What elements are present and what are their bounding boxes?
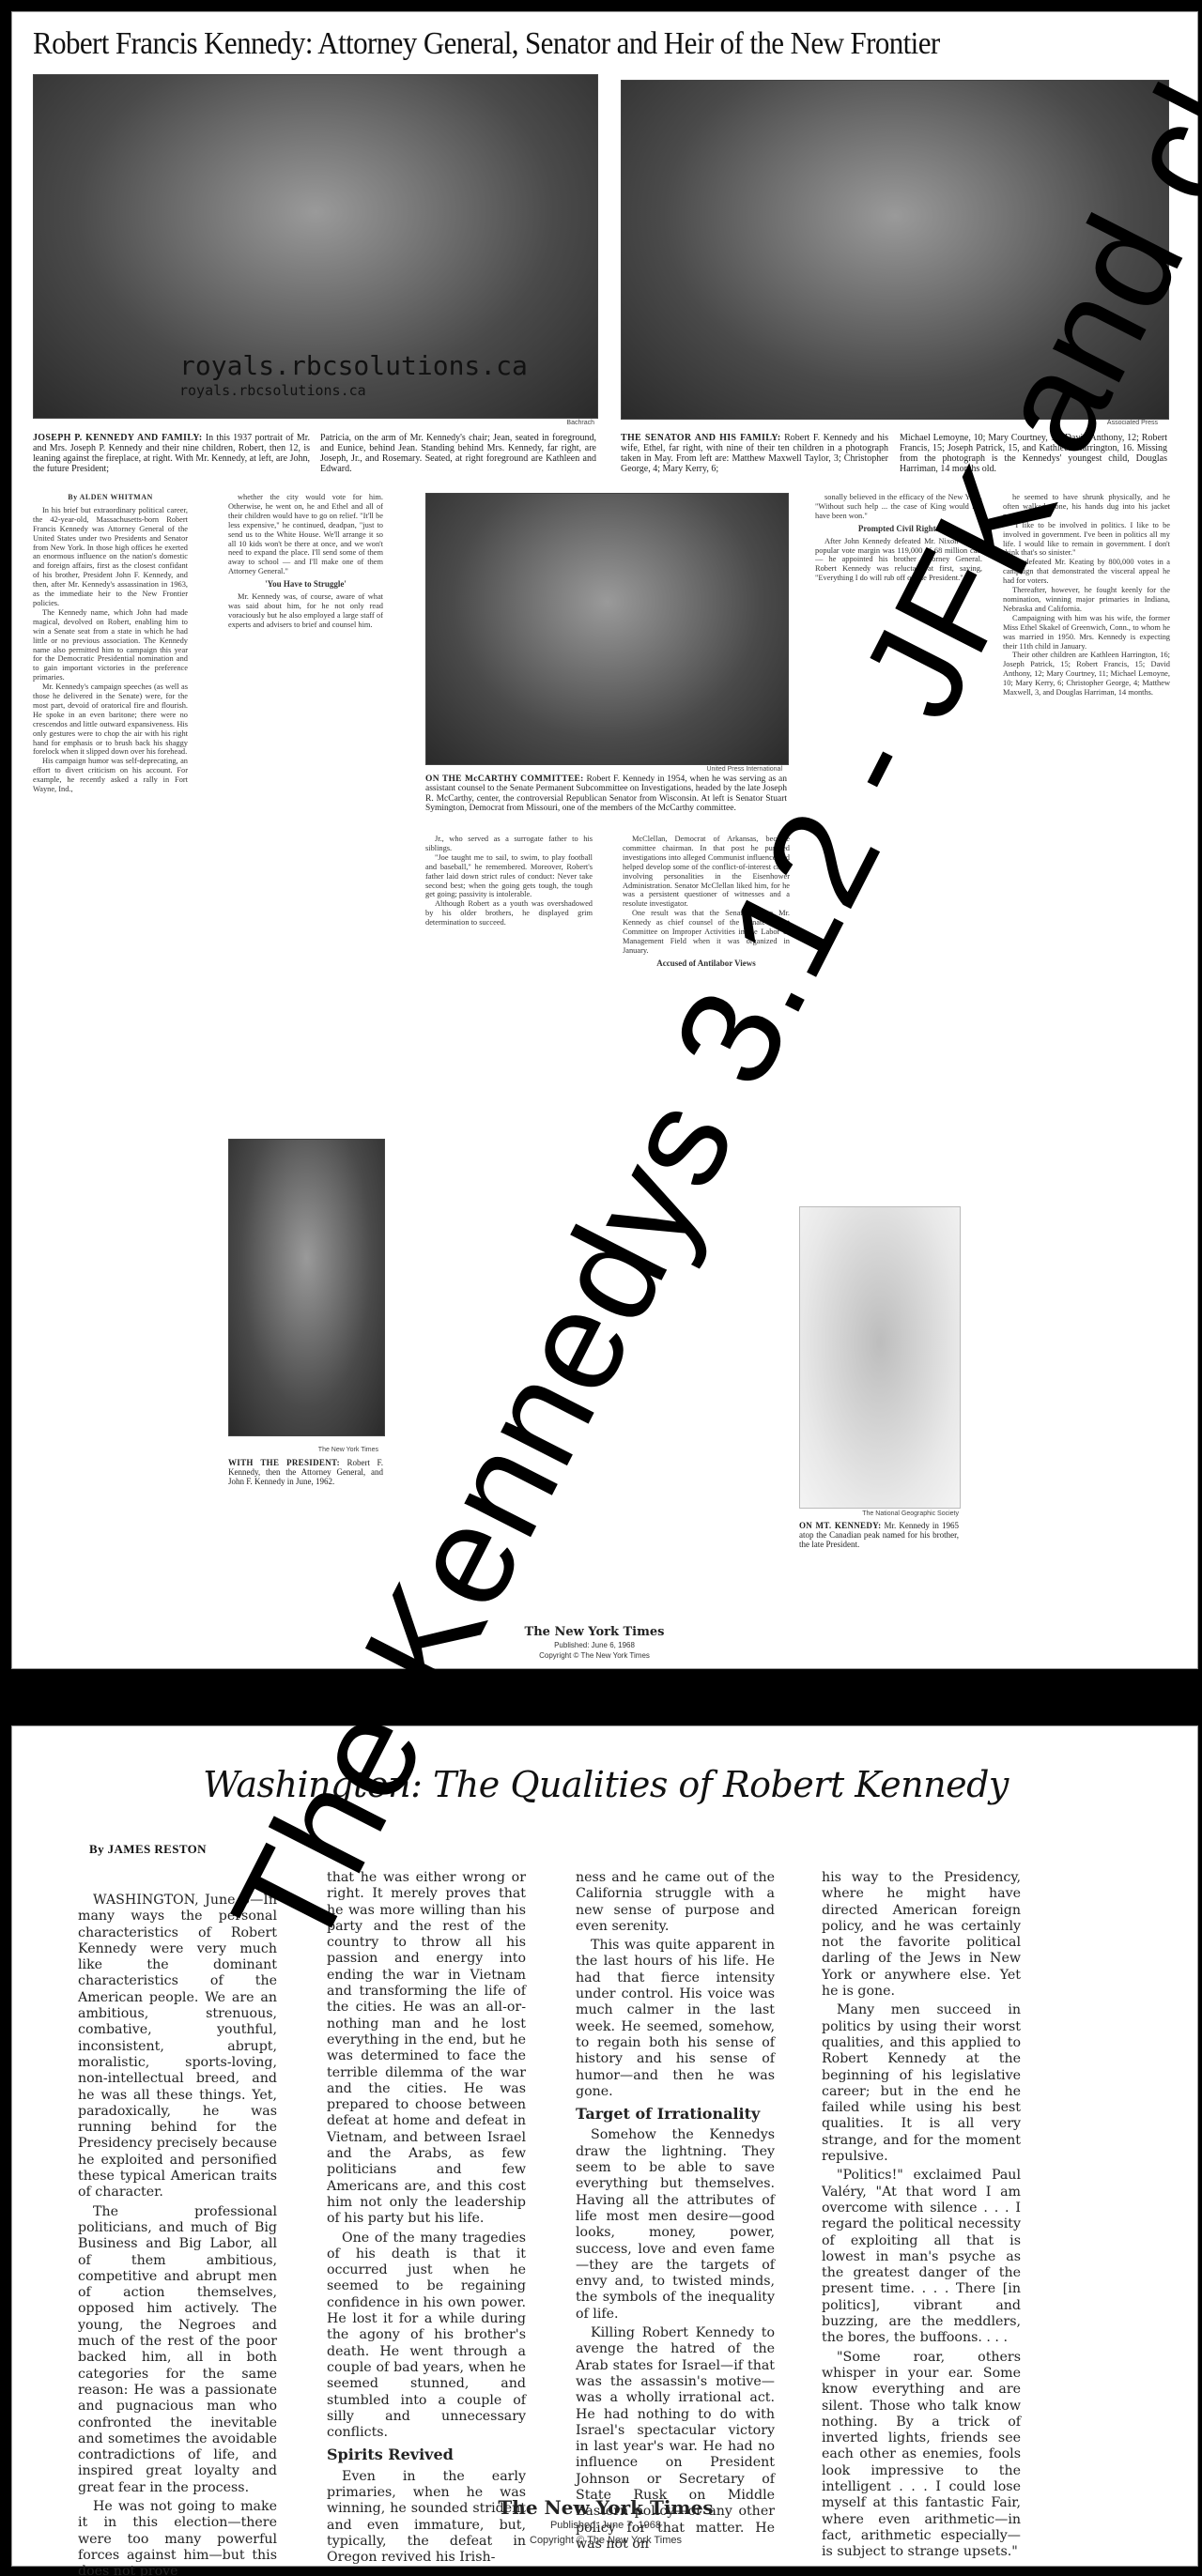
paragraph: "Some roar, others whisper in your ear. … — [822, 2350, 1021, 2561]
byline: By ALDEN WHITMAN — [33, 493, 188, 502]
paragraph: Their other children are Kathleen Harrin… — [1003, 651, 1170, 698]
article-column-2: whether the city would vote for him. Oth… — [228, 493, 383, 1019]
photo-mt-kennedy — [799, 1206, 961, 1509]
subheading: 'You Have to Struggle' — [228, 580, 383, 590]
caption-lead: THE SENATOR AND HIS FAMILY: — [621, 433, 781, 443]
nyt-masthead-logo: The New York Times — [465, 2496, 747, 2519]
paragraph: The Kennedy name, which John had made ma… — [33, 608, 188, 682]
paragraph: "I like to be involved in politics. I li… — [1003, 521, 1170, 559]
photo-with-president — [228, 1139, 385, 1436]
article-column-5: sonally believed in the efficacy of the … — [815, 493, 982, 1019]
nyt-masthead-logo: The New York Times — [501, 1625, 688, 1639]
bottom-clipping-panel: Washington: The Qualities of Robert Kenn… — [11, 1725, 1198, 2567]
photo-credit: Associated Press — [1055, 420, 1158, 426]
byline: By JAMES RESTON — [89, 1842, 207, 1857]
photo-caption: Patricia, on the arm of Mr. Kennedy's ch… — [320, 433, 596, 474]
top-clipping-panel: Robert Francis Kennedy: Attorney General… — [11, 11, 1198, 1669]
paragraph: ness and he came out of the California s… — [576, 1870, 775, 1935]
paragraph: that he was either wrong or right. It me… — [327, 1870, 526, 2228]
paragraph: After John Kennedy defeated Mr. Nixon — … — [815, 537, 982, 584]
article-column-1: By ALDEN WHITMAN In his brief but extrao… — [33, 493, 188, 1631]
paragraph: "Joe taught me to sail, to swim, to play… — [425, 853, 593, 900]
photo-credit: United Press International — [670, 766, 782, 773]
paragraph: His campaign humor was self-deprecating,… — [33, 757, 188, 794]
published-date: Published: June 7, 1968 — [465, 2520, 747, 2531]
photo-caption: JOSEPH P. KENNEDY AND FAMILY: In this 19… — [33, 433, 310, 474]
paragraph: Many men succeed in politics by using th… — [822, 2002, 1021, 2165]
top-headline: Robert Francis Kennedy: Attorney General… — [33, 25, 1179, 62]
paragraph: He was not going to make it in this elec… — [78, 2499, 277, 2576]
photo-caption: ON MT. KENNEDY: Mr. Kennedy in 1965 atop… — [799, 1521, 959, 1549]
bottom-headline: Washington: The Qualities of Robert Kenn… — [12, 1764, 1199, 1805]
paragraph: Although Robert as a youth was overshado… — [425, 899, 593, 928]
subheading: Accused of Antilabor Views — [623, 959, 790, 969]
paragraph: This was quite apparent in the last hour… — [576, 1938, 775, 2100]
photo-credit: Bachrach — [501, 420, 594, 426]
paragraph: WASHINGTON, June 6—In many ways the pers… — [78, 1893, 277, 2201]
article-column-4: McClellan, Democrat of Arkansas, became … — [623, 835, 790, 1633]
paragraph: McClellan, Democrat of Arkansas, became … — [623, 835, 790, 909]
paragraph: "Politics!" exclaimed Paul Valéry, "At t… — [822, 2168, 1021, 2346]
paragraph: He defeated Mr. Keating by 800,000 votes… — [1003, 558, 1170, 586]
caption-lead: WITH THE PRESIDENT: — [228, 1458, 340, 1467]
paragraph: Mr. Kennedy was, of course, aware of wha… — [228, 592, 383, 630]
paragraph: Campaigning with him was his wife, the f… — [1003, 614, 1170, 652]
watermark-site-large: royals.rbcsolutions.ca — [179, 350, 528, 381]
article-column-4: his way to the Presidency, where he migh… — [822, 1870, 1021, 2563]
watermark-site-small: royals.rbcsolutions.ca — [179, 382, 366, 399]
paragraph: sonally believed in the efficacy of the … — [815, 493, 982, 521]
photo-caption: WITH THE PRESIDENT: Robert F. Kennedy, t… — [228, 1458, 383, 1486]
article-column-6: he seemed to have shrunk physically, and… — [1003, 493, 1170, 1619]
paragraph: his way to the Presidency, where he migh… — [822, 1870, 1021, 2000]
subheading: Prompted Civil Rights — [815, 525, 982, 534]
photo-senator-family — [621, 80, 1169, 420]
published-date: Published: June 6, 1968 — [501, 1641, 688, 1649]
article-column-3: Jr., who served as a surrogate father to… — [425, 835, 593, 1633]
photo-credit: The New York Times — [275, 1447, 378, 1453]
subheading: Spirits Revived — [327, 2446, 526, 2462]
photo-caption: ON THE McCARTHY COMMITTEE: Robert F. Ken… — [425, 774, 787, 814]
paragraph: Thereafter, however, he fought keenly fo… — [1003, 586, 1170, 614]
photo-caption: THE SENATOR AND HIS FAMILY: Robert F. Ke… — [621, 433, 888, 474]
photo-mccarthy-committee — [425, 493, 789, 765]
article-column-2: that he was either wrong or right. It me… — [327, 1870, 526, 2568]
photo-credit: The National Geographic Society — [799, 1510, 959, 1517]
paragraph: One of the many tragedies of his death i… — [327, 2231, 526, 2442]
caption-lead: ON MT. KENNEDY: — [799, 1521, 881, 1530]
photo-caption: Michael Lemoyne, 10; Mary Courtney, 11; … — [900, 433, 1167, 474]
article-column-3: ness and he came out of the California s… — [576, 1870, 775, 2555]
copyright-notice: Copyright © The New York Times — [465, 2535, 747, 2546]
paragraph: In his brief but extraordinary political… — [33, 506, 188, 608]
copyright-notice: Copyright © The New York Times — [501, 1651, 688, 1660]
paragraph: One result was that the Senator chose Mr… — [623, 909, 790, 956]
paragraph: Somehow the Kennedys draw the lightning.… — [576, 2127, 775, 2323]
caption-lead: ON THE McCARTHY COMMITTEE: — [425, 774, 584, 784]
paragraph: The professional politicians, and much o… — [78, 2204, 277, 2496]
article-column-1: WASHINGTON, June 6—In many ways the pers… — [78, 1870, 277, 2576]
paragraph: he seemed to have shrunk physically, and… — [1003, 493, 1170, 521]
paragraph: whether the city would vote for him. Oth… — [228, 493, 383, 576]
caption-lead: JOSEPH P. KENNEDY AND FAMILY: — [33, 433, 203, 443]
paragraph: Mr. Kennedy's campaign speeches (as well… — [33, 682, 188, 757]
paragraph: Jr., who served as a surrogate father to… — [425, 835, 593, 853]
subheading: Target of Irrationality — [576, 2106, 775, 2122]
